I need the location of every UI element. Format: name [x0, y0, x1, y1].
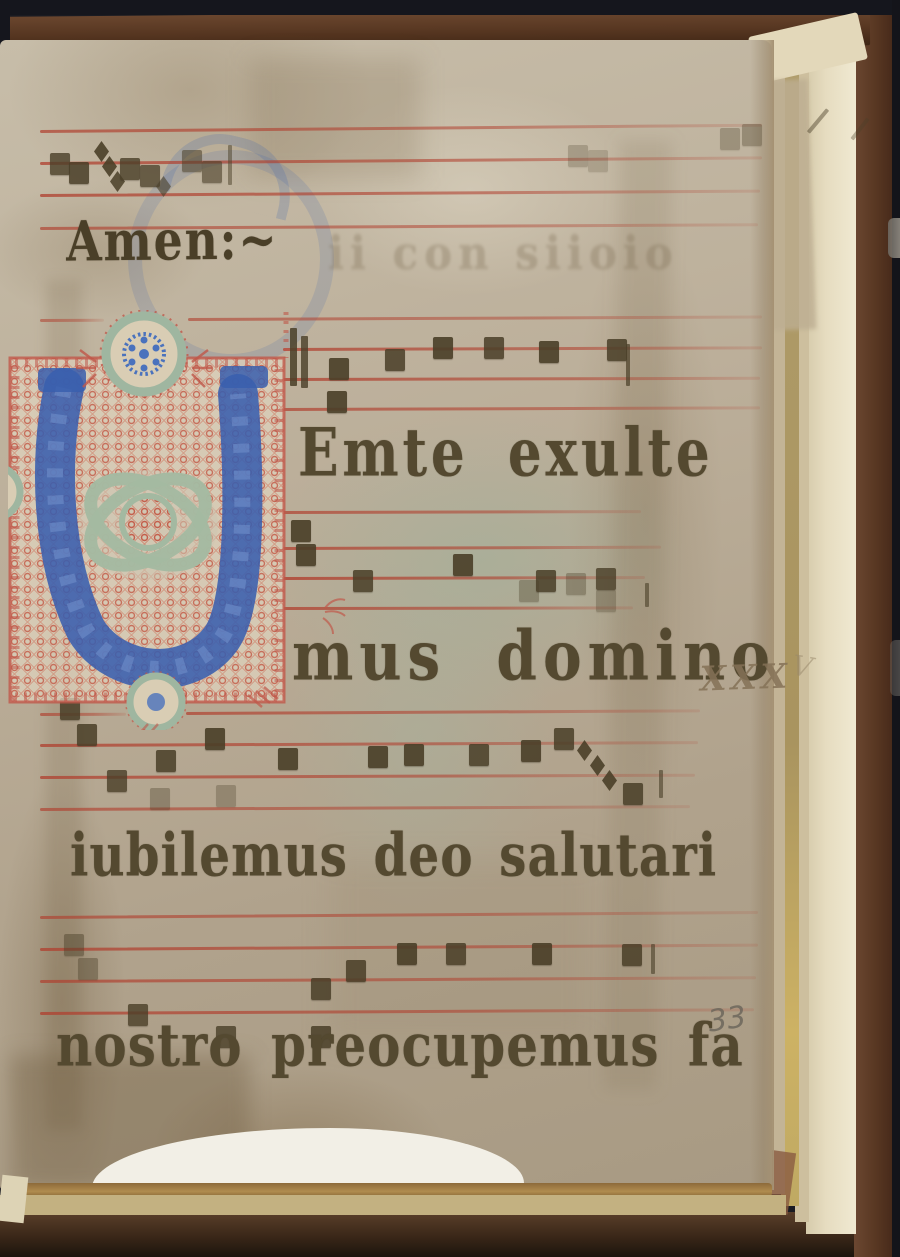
neume-di — [590, 755, 605, 776]
neume-sq — [720, 128, 740, 150]
staff-line — [40, 124, 762, 133]
page-edge-stack — [0, 1175, 28, 1223]
neume-sq — [484, 337, 504, 359]
show-through-text: ii con siioio — [328, 226, 679, 280]
neume-sq — [433, 337, 453, 359]
neume-sq — [346, 960, 366, 982]
page-edge-stack — [0, 1195, 786, 1215]
neume-bar — [659, 770, 663, 798]
neume-sq — [453, 554, 473, 576]
neume-sq — [623, 783, 643, 805]
neume-sq — [521, 740, 541, 762]
neume-sq — [397, 943, 417, 965]
neume-bar — [626, 344, 630, 386]
staff-line — [40, 190, 760, 197]
neume-sq — [404, 744, 424, 766]
neume-sq — [120, 158, 140, 180]
neume-sq — [311, 978, 331, 1000]
neume-di — [94, 141, 109, 162]
chant-text-amen: Amen:~ — [66, 208, 279, 275]
neume-bar — [850, 118, 869, 141]
neume-sq — [107, 770, 127, 792]
staff-line — [283, 346, 762, 351]
rosette-medallion-bottom — [127, 673, 185, 730]
neume-sq — [50, 153, 70, 175]
pencil-page-number: 33 — [706, 1000, 749, 1040]
neume-bar — [807, 108, 829, 134]
neume-sq — [182, 150, 202, 172]
neume-sq — [554, 728, 574, 750]
neume-sq — [588, 150, 608, 172]
neume-sq — [278, 748, 298, 770]
chant-text-venite: Emte exulte — [298, 414, 714, 492]
neume-sq — [539, 341, 559, 363]
neume-di — [102, 156, 117, 177]
neume-sq — [596, 590, 616, 612]
neume-sq — [202, 161, 222, 183]
neume-sq — [532, 943, 552, 965]
neume-bar — [651, 944, 655, 974]
initial-knotwork — [76, 461, 219, 583]
neume-sq — [568, 145, 588, 167]
neume-bar — [645, 583, 649, 607]
neume-sq — [156, 750, 176, 772]
neume-sq — [607, 339, 627, 361]
staff-line — [40, 976, 756, 983]
neume-sq — [622, 944, 642, 966]
chant-text-nostro: nostro preocupemus fa — [56, 1010, 744, 1080]
neume-sq — [205, 728, 225, 750]
staff-line — [283, 406, 760, 411]
chant-text-iubilemus: iubilemus deo salutari — [70, 820, 717, 890]
neume-sq — [69, 162, 89, 184]
manuscript-photo: Amen:~ ii con siioio Emte exulte mus dom… — [0, 0, 900, 1257]
neume-sq — [596, 568, 616, 590]
neume-sq — [536, 570, 556, 592]
neume-sq — [216, 785, 236, 807]
neume-sq — [566, 573, 586, 595]
neume-sq — [140, 165, 160, 187]
neume-bar — [228, 145, 232, 185]
folio-number-roman: XXX — [699, 656, 791, 699]
staff-line — [40, 805, 690, 811]
neume-sq — [64, 934, 84, 956]
neume-sq — [469, 744, 489, 766]
staff-line — [283, 377, 760, 381]
neume-sq — [368, 746, 388, 768]
neume-sq — [385, 349, 405, 371]
neume-sq — [353, 570, 373, 592]
neume-sq — [78, 958, 98, 980]
staff-line — [40, 911, 758, 919]
neume-sq — [150, 788, 170, 810]
neume-sq — [742, 124, 762, 146]
staff-line — [40, 156, 762, 165]
neume-sq — [446, 943, 466, 965]
